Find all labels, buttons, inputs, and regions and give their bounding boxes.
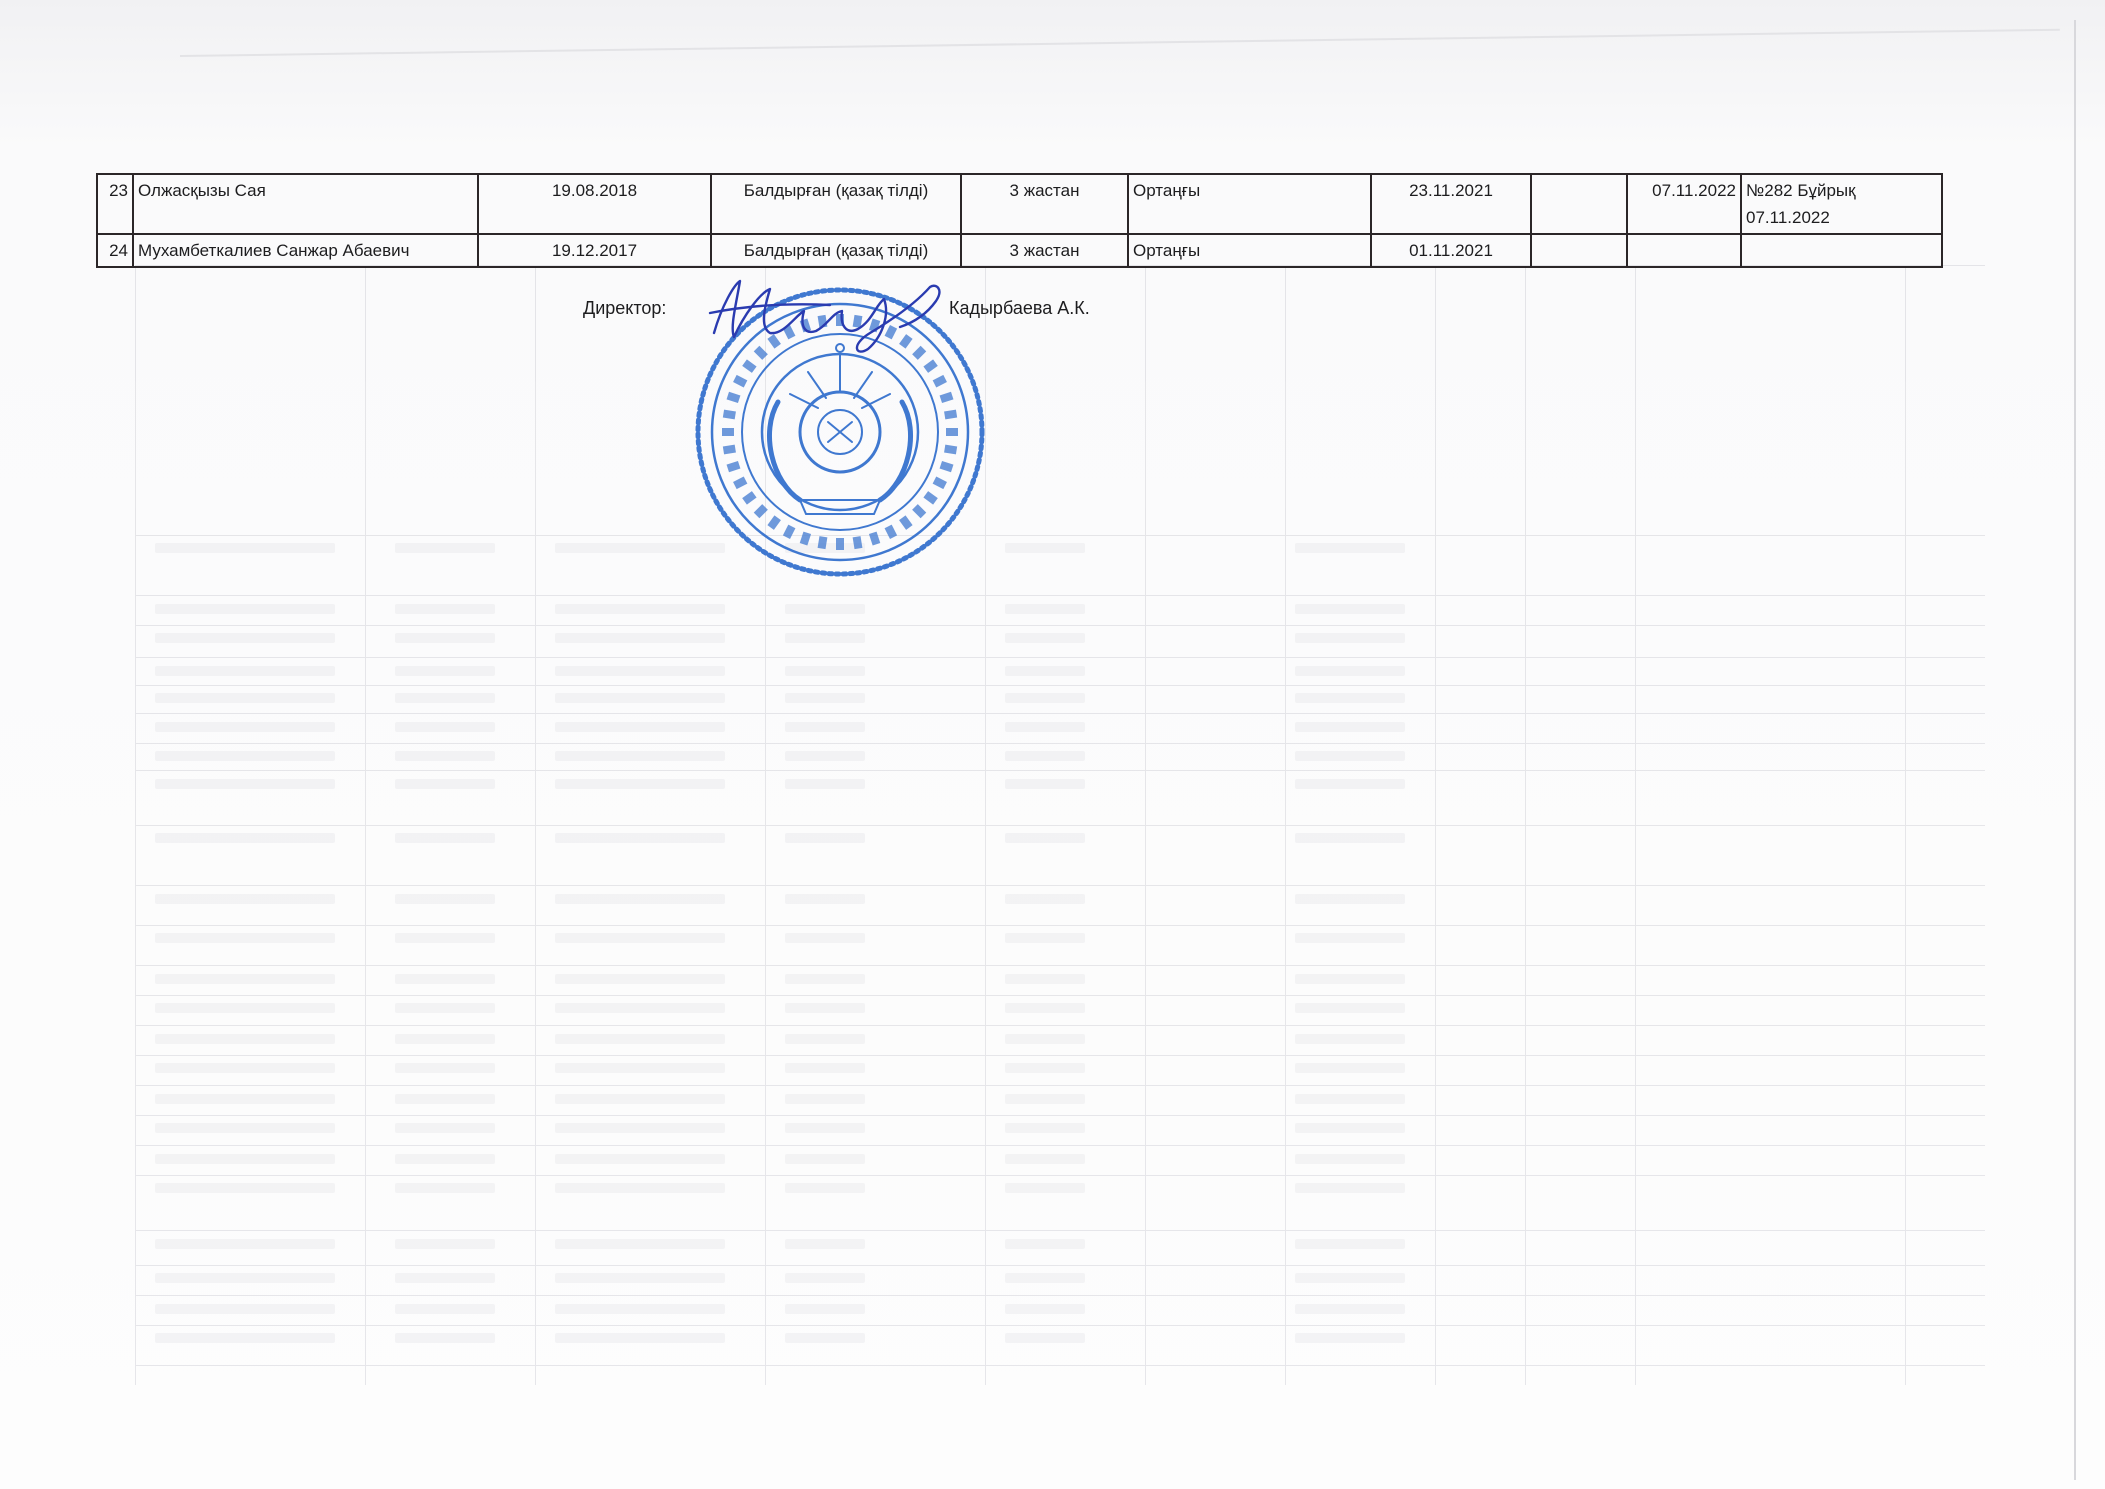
table-row: 23 Олжасқызы Сая 19.08.2018 Балдырған (қ… <box>97 174 1942 234</box>
order-reference <box>1741 234 1942 267</box>
enrolled-date: 23.11.2021 <box>1371 174 1531 234</box>
birth-date: 19.12.2017 <box>478 234 711 267</box>
page-edge <box>180 29 2060 57</box>
left-date <box>1627 234 1741 267</box>
group-level: Ортаңғы <box>1128 174 1371 234</box>
empty-cell <box>1531 174 1627 234</box>
left-date: 07.11.2022 <box>1627 174 1741 234</box>
order-number: №282 Бұйрық <box>1746 177 1937 204</box>
row-number: 23 <box>97 174 133 234</box>
age-group: 3 жастан <box>961 174 1128 234</box>
enrolled-date: 01.11.2021 <box>1371 234 1531 267</box>
table-row: 24 Мухамбеткалиев Санжар Абаевич 19.12.2… <box>97 234 1942 267</box>
group-name: Балдырған (қазақ тілді) <box>711 174 961 234</box>
signature-label: Директор: <box>583 298 666 319</box>
scanned-page: 23 Олжасқызы Сая 19.08.2018 Балдырған (қ… <box>0 0 2105 1489</box>
child-name: Мухамбеткалиев Санжар Абаевич <box>133 234 478 267</box>
signature-block: Директор: Кадырбаева А.К. <box>583 298 1143 328</box>
order-reference: №282 Бұйрық 07.11.2022 <box>1741 174 1942 234</box>
director-name: Кадырбаева А.К. <box>949 298 1090 319</box>
age-group: 3 жастан <box>961 234 1128 267</box>
bleed-through-grid <box>135 265 1985 1385</box>
row-number: 24 <box>97 234 133 267</box>
group-level: Ортаңғы <box>1128 234 1371 267</box>
children-register-table: 23 Олжасқызы Сая 19.08.2018 Балдырған (қ… <box>96 173 1943 268</box>
birth-date: 19.08.2018 <box>478 174 711 234</box>
empty-cell <box>1531 234 1627 267</box>
group-name: Балдырған (қазақ тілді) <box>711 234 961 267</box>
page-edge <box>2074 20 2076 1480</box>
order-date: 07.11.2022 <box>1746 204 1937 231</box>
child-name: Олжасқызы Сая <box>133 174 478 234</box>
